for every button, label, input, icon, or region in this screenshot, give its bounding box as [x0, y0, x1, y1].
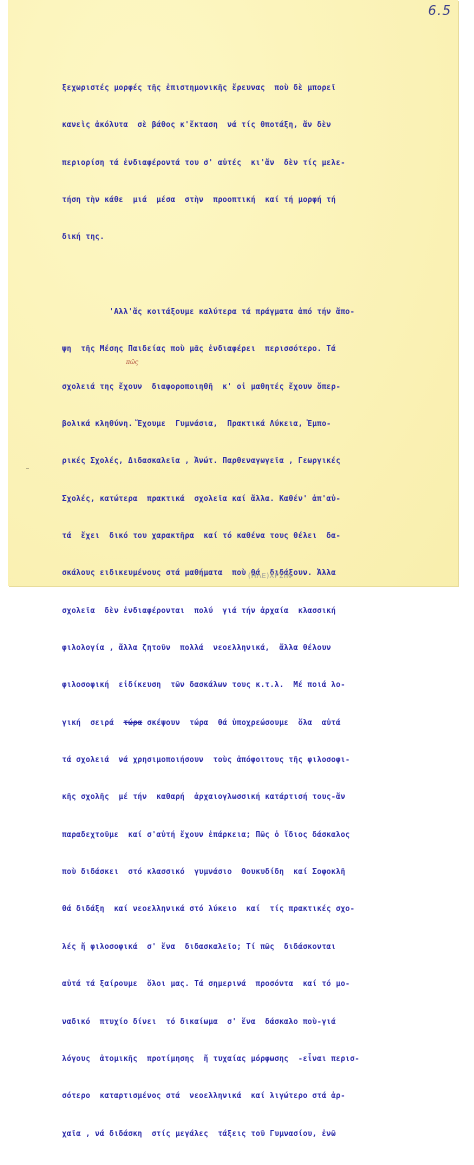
margin-mark [26, 468, 29, 469]
text-line: τήση τὴν κάθε μιά μέσα στὴν προοπτική κα… [62, 194, 462, 206]
handwritten-insertion: πῶς [126, 359, 138, 366]
text-line: ψη τῆς Μέσης Παιδείας ποὺ μᾶς ἐνδιαφέρει… [62, 343, 462, 355]
text-line: ξεχωριστές μορφές τῆς ἐπιστημονικῆς ἔρευ… [62, 82, 462, 94]
text-line: ρικές Σχολές, Διδασκαλεῖα , Ἀνώτ. Παρθεν… [62, 455, 462, 467]
text-line: τά ἔχει δικό του χαρακτῆρα καί τό καθένα… [62, 530, 462, 542]
text-line: περιορίση τά ἐνδιαφέροντά του σ' αὐτές κ… [62, 157, 462, 169]
text-line: Σχολές, κατώτερα πρακτικά σχολεῖα καί ἄλ… [62, 493, 462, 505]
text-line: κανεὶς ἀκόλυτα σὲ βάθος κ'ἔκταση νά τίς … [62, 119, 462, 131]
document-page: 6.5 ξεχωριστές μορφές τῆς ἐπιστημονικῆς … [8, 0, 458, 586]
text-line: βολικά κληθύνη. Ἔχουμε Γυμνάσια, Πρακτικ… [62, 418, 462, 430]
archive-stamp: (ΗΛΕ)ΧΡΣΙΝ [248, 572, 292, 580]
text-line: σχολειά της ἔχουν διαφοροποιηθῆ κ' οἱ μα… [62, 381, 462, 393]
paragraph-break [62, 269, 462, 281]
text-line: δική της. [62, 231, 462, 243]
page-number: 6.5 [428, 4, 452, 19]
text-line: 'Αλλ'ἄς κοιτάξουμε καλύτερα τά πράγματα … [62, 306, 462, 318]
typewritten-body: ξεχωριστές μορφές τῆς ἐπιστημονικῆς ἔρευ… [62, 57, 462, 600]
